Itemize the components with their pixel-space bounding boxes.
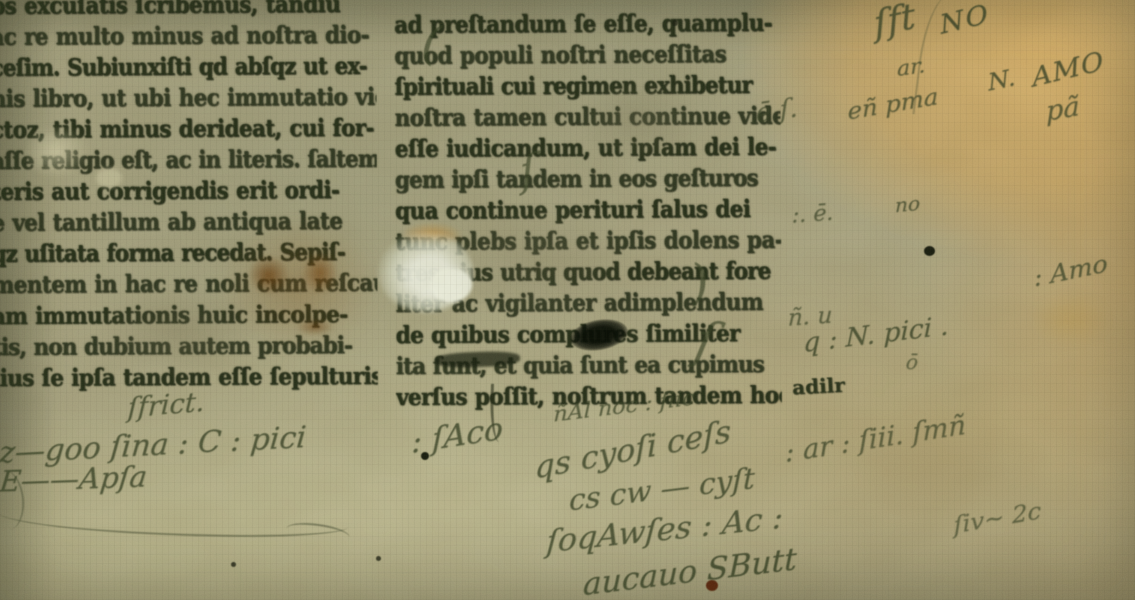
print-line: qz uſitata forma recedat. Sepiſ- — [0, 237, 377, 270]
print-line: qua continue perituri ſalus dei — [395, 194, 781, 227]
marginal-note-no-top: NO — [938, 0, 992, 41]
ink-speck — [376, 556, 381, 561]
pen-stroke-hook — [285, 520, 351, 547]
print-line: ps excuſatis ſcribemus, tandiu — [0, 0, 376, 22]
manuscript-page-photo: ps excuſatis ſcribemus, tandiuac re mult… — [0, 0, 1135, 600]
print-column-right: ad preſtandum ſe eſſe, quamplu-quod popu… — [394, 8, 782, 430]
pen-stroke-long-bottom — [0, 500, 348, 539]
print-line: e vel tantillum ab antiqua late — [0, 206, 377, 239]
bottom-note-apsa: E——Apſa — [0, 459, 149, 498]
print-line: de quibus complures ſimiliter — [396, 318, 782, 351]
marginal-note-amo-top: AMO — [1030, 46, 1106, 94]
print-line: noſtra tamen cultui continue videt — [394, 101, 780, 134]
amber-stain-right — [1030, 292, 1110, 347]
print-line: ad preſtandum ſe eſſe, quamplu- — [394, 8, 780, 41]
marginal-note-pa: pã — [1045, 91, 1080, 127]
ink-speck — [924, 246, 935, 256]
marginal-note-no-small: no — [895, 191, 920, 217]
print-line: ſpirituali cui regimen exhibetur — [394, 70, 780, 103]
print-line: tunc plebs ipſa et ipſis dolens pa- — [395, 225, 781, 258]
print-line: ac re multo minus ad noſtra dio- — [0, 20, 376, 53]
print-line: gem ipſi tandem in eos geſturos — [395, 163, 781, 196]
print-line: liter ac vigilanter adimplendum — [395, 287, 781, 320]
bottom-note-ar-siii: : ar : ſiii. ſmñ — [785, 410, 966, 469]
pen-trial-e: ē ſ. — [755, 93, 798, 128]
print-line: ctoz, tibi minus derideat, cui for- — [0, 113, 377, 146]
print-line: aſſe religio eſt, ac in literis. ſaltem — [0, 144, 377, 177]
print-line: quod populi noſtri neceſſitas — [394, 39, 780, 72]
marginal-note-o-small: ō — [905, 350, 920, 374]
ink-speck — [231, 562, 236, 567]
print-line: tis, non dubium autem probabi- — [0, 330, 378, 363]
marginal-note-ar: ar. — [896, 53, 925, 82]
catchword: adilr — [791, 373, 845, 400]
print-column-left: ps excuſatis ſcribemus, tandiuac re mult… — [0, 0, 378, 404]
print-line: teris aut corrigendis erit ordi- — [0, 175, 377, 208]
print-line: mentem in hac re noli cum reſcau- — [0, 268, 378, 301]
marginal-note-amo-mid: : Amo — [1033, 249, 1109, 293]
print-line: tres eius utriq quod debeant fore — [395, 256, 781, 289]
bottom-note-furict: ſfrict. — [127, 387, 205, 425]
pen-trial-dots: :. ē. — [791, 201, 834, 229]
marginal-flourish-top: ſft — [872, 0, 917, 45]
ink-speck — [672, 20, 678, 26]
print-line: ita ſunt, et quia ſunt ea cupimus — [396, 349, 782, 382]
marginal-note-n-dot: N. — [987, 63, 1017, 96]
print-line: am immutationis huic incolpe- — [0, 299, 378, 332]
marginal-note-en-pma: eñ pma — [847, 82, 939, 125]
print-line: eſſe iudicandum, ut ipſam dei le- — [395, 132, 781, 165]
bottom-note-siv: ſiv~ 2c — [953, 497, 1041, 540]
print-line: ceſim. Subiunxiſti qd abſqz ut ex- — [0, 51, 376, 84]
print-line: nis libro, ut ubi hec immutatio vie- — [0, 82, 377, 115]
